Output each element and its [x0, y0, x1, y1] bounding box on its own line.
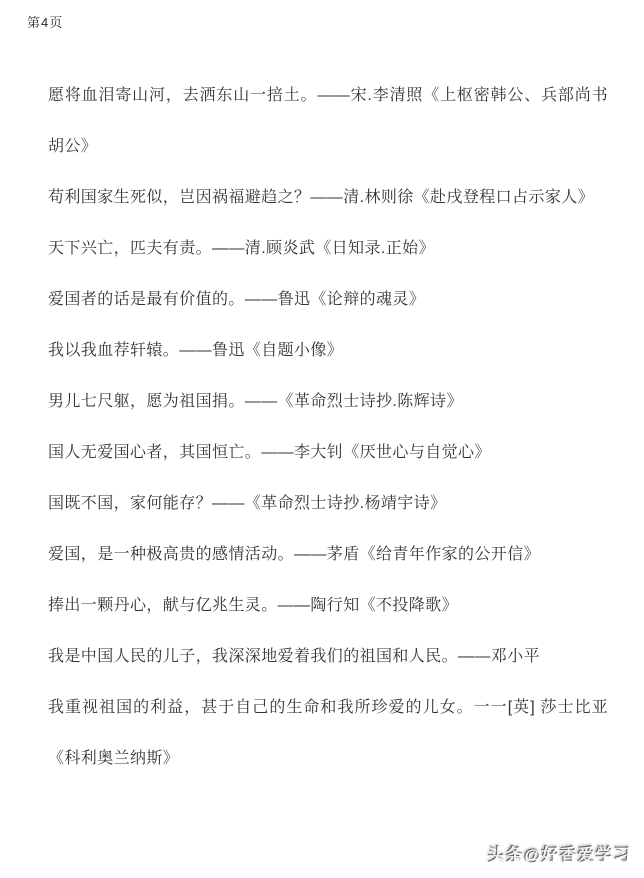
quote-line: 爱国，是一种极高贵的感情活动。——茅盾《给青年作家的公开信》	[48, 529, 608, 580]
quote-line: 爱国者的话是最有价值的。——鲁迅《论辩的魂灵》	[48, 274, 608, 325]
quote-line: 国人无爱国心者，其国恒亡。——李大钊《厌世心与自觉心》	[48, 427, 608, 478]
quote-line: 苟利国家生死似，岂因祸福避趋之？——清.林则徐《赴戌登程口占示家人》	[48, 172, 608, 223]
page-number: 第4页	[27, 12, 63, 31]
quote-line: 愿将血泪寄山河，去洒东山一掊土。——宋.李清照《上枢密韩公、兵部尚书胡公》	[48, 70, 608, 172]
quote-line: 男儿七尺躯，愿为祖国捐。——《革命烈士诗抄.陈辉诗》	[48, 376, 608, 427]
document-page: 第4页 愿将血泪寄山河，去洒东山一掊土。——宋.李清照《上枢密韩公、兵部尚书胡公…	[0, 0, 644, 878]
quote-list: 愿将血泪寄山河，去洒东山一掊土。——宋.李清照《上枢密韩公、兵部尚书胡公》 苟利…	[48, 70, 608, 784]
quote-line: 捧出一颗丹心，献与亿兆生灵。——陶行知《不投降歌》	[48, 580, 608, 631]
quote-line: 国既不国，家何能存？——《革命烈士诗抄.杨靖宇诗》	[48, 478, 608, 529]
quote-line: 天下兴亡，匹夫有责。——清.顾炎武《日知录.正始》	[48, 223, 608, 274]
quote-line: 我重视祖国的利益，甚于自己的生命和我所珍爱的儿女。一一[英] 莎士比亚《科利奥兰…	[48, 682, 608, 784]
quote-line: 我以我血荐轩辕。——鲁迅《自题小像》	[48, 325, 608, 376]
quote-line: 我是中国人民的儿子，我深深地爱着我们的祖国和人民。——邓小平	[48, 631, 608, 682]
watermark: 头条@好香爱学习	[488, 841, 632, 866]
